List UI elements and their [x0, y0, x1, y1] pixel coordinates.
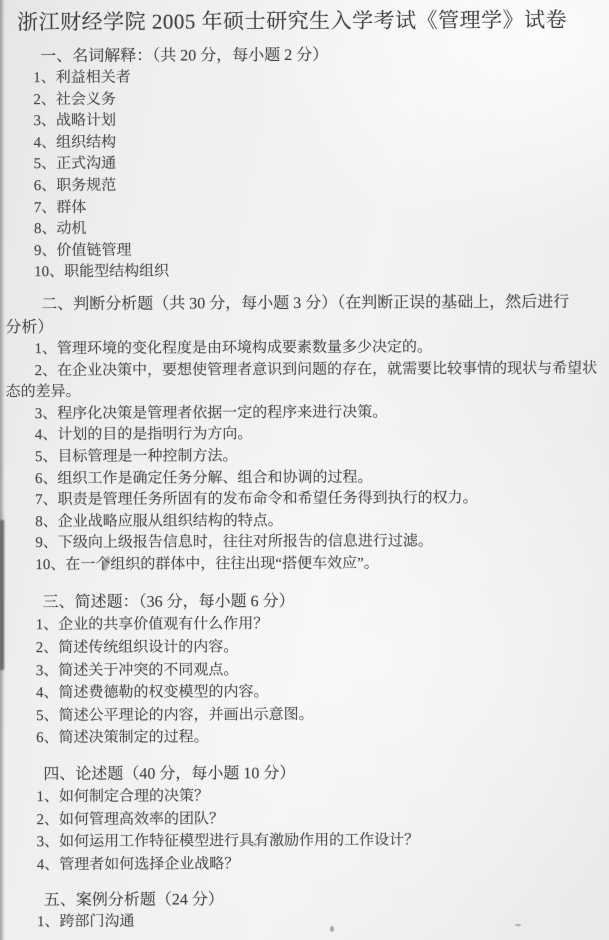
question-item: 1、企业的共享价值观有什么作用？	[7, 612, 587, 637]
question-item: 4、管理者如何选择企业战略？	[8, 852, 588, 877]
section-heading: 三、简述题：（36 分，每小题 6 分）	[7, 589, 587, 615]
question-item: 1、管理环境的变化程度是由环境构成要素数量多少决定的。	[5, 337, 585, 361]
section-heading: 一、名词解释：（共 20 分，每小题 2 分）	[4, 43, 584, 69]
question-item: 3、如何运用工作特征模型进行具有激励作用的工作设计？	[8, 829, 588, 854]
question-item: 7、职责是管理任务所固有的发布命令和希望任务得到执行的权力。	[6, 488, 586, 512]
scan-speck	[330, 926, 334, 932]
section-essay: 四、论述题（40 分，每小题 10 分） 1、如何制定合理的决策？ 2、如何管理…	[7, 761, 587, 877]
section-heading: 四、论述题（40 分，每小题 10 分）	[7, 761, 587, 787]
section-case-analysis: 五、案例分析题（24 分） 1、跨部门沟通	[8, 887, 588, 934]
question-item: 5、目标管理是一种控制方法。	[6, 445, 586, 469]
question-item: 2、简述传统组织设计的内容。	[7, 635, 587, 660]
question-item: 6、组织工作是确定任务分解、组合和协调的过程。	[6, 466, 586, 490]
page-title: 浙江财经学院 2005 年硕士研究生入学考试《管理学》试卷	[17, 7, 584, 36]
question-item: 9、下级向上级报告信息时，往往对所报告的信息进行过滤。	[6, 531, 586, 555]
section-short-answer: 三、简述题：（36 分，每小题 6 分） 1、企业的共享价值观有什么作用？ 2、…	[7, 589, 588, 750]
exam-content: 浙江财经学院 2005 年硕士研究生入学考试《管理学》试卷 一、名词解释：（共 …	[4, 7, 588, 935]
question-item: 2、在企业决策中，要想使管理者意识到问题的存在，就需要比较事情的现状与希望状态的…	[6, 358, 602, 404]
question-item: 4、计划的目的是指明行为方向。	[6, 423, 586, 447]
question-item: 3、程序化决策是管理者依据一定的程序来进行决策。	[6, 401, 586, 425]
scan-speck	[515, 924, 521, 926]
question-item: 5、正式沟通	[5, 152, 585, 176]
scanned-exam-page: 浙江财经学院 2005 年硕士研究生入学考试《管理学》试卷 一、名词解释：（共 …	[0, 0, 609, 940]
question-item: 8、企业战略应服从组织结构的特点。	[6, 509, 586, 533]
question-item: 7、群体	[5, 195, 585, 219]
question-item: 6、简述决策制定的过程。	[7, 725, 587, 750]
question-item: 5、简述公平理论的内容，并画出示意图。	[7, 703, 587, 728]
question-item: 8、动机	[5, 217, 585, 241]
question-item: 3、战略计划	[4, 109, 584, 133]
question-item: 1、跨部门沟通	[8, 910, 588, 934]
question-item: 4、简述费德勒的权变模型的内容。	[7, 680, 587, 705]
question-item: 2、如何管理高效率的团队？	[7, 806, 587, 831]
question-item: 9、价值链管理	[5, 238, 585, 262]
section-terms: 一、名词解释：（共 20 分，每小题 2 分） 1、利益相关者 2、社会义务 3…	[4, 43, 585, 284]
question-item: 1、如何制定合理的决策？	[7, 784, 587, 809]
question-item: 6、职务规范	[5, 174, 585, 198]
question-item: 10、在一个组织的群体中，往往出现“搭便车效应”。	[6, 553, 586, 577]
question-item: 4、组织结构	[5, 131, 585, 155]
scan-speck	[253, 843, 257, 846]
question-item: 10、职能型结构组织	[5, 260, 585, 284]
question-item: 2、社会义务	[4, 87, 584, 111]
question-item: 1、利益相关者	[4, 66, 584, 90]
section-heading: 二、判断分析题（共 30 分，每小题 3 分）（在判断正误的基础上，然后进行分析…	[5, 291, 573, 339]
section-judgment: 二、判断分析题（共 30 分，每小题 3 分）（在判断正误的基础上，然后进行分析…	[5, 291, 586, 577]
question-item: 3、简述关于冲突的不同观点。	[7, 657, 587, 682]
scan-edge-dark-band	[0, 520, 4, 670]
section-heading: 五、案例分析题（24 分）	[8, 887, 588, 913]
